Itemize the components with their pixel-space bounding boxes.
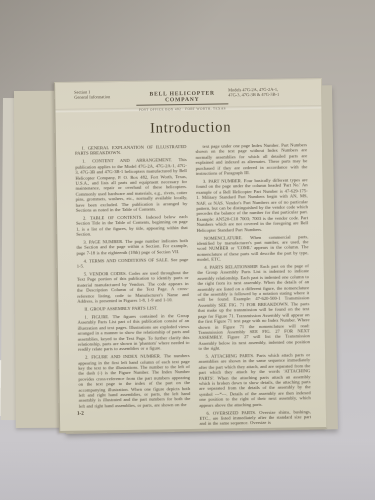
paragraph: NOMENCLATURE. When commercial parts, ide… <box>197 234 309 263</box>
paragraph: 2. FIGURE AND INDEX NUMBER. The numbers … <box>78 353 190 409</box>
page-content: Section I General Information BELL HELIC… <box>55 79 326 431</box>
header-models-block: Models 47G-2A, 47G-2A-1, 47G-3, 47G-3B &… <box>228 86 306 98</box>
paragraph: 4. TERMS AND CONDITIONS OF SALE. See pag… <box>77 257 189 269</box>
paragraph: 3. PART NUMBER. Four basically different… <box>196 177 308 233</box>
header-section-block: Section I General Information <box>74 89 136 101</box>
section-sublabel: General Information <box>74 94 136 100</box>
paragraph: 2. TABLE OF CONTENTS. Indexed below each… <box>76 214 188 237</box>
text-body: I. GENERAL EXPLANATION OF ILLUSTRATED PA… <box>75 142 311 431</box>
page-number: 1-2 <box>77 411 84 417</box>
paragraph: 4. PARTS RELATIONSHIP. Each part on the … <box>197 263 310 351</box>
paragraph: II. GROUP ASSEMBLY PARTS LIST. <box>77 305 189 312</box>
text-column-right: text page under one page Index Number. P… <box>195 142 311 429</box>
photo-background: Section I General Information BELL HELIC… <box>0 0 375 500</box>
company-logo: BELL HELICOPTER COMPANY <box>136 90 228 105</box>
paragraph: I. GENERAL EXPLANATION OF ILLUSTRATED PA… <box>75 144 187 156</box>
company-logo-block: BELL HELICOPTER COMPANY POST OFFICE BOX … <box>136 87 228 111</box>
paragraph: 5. VENDOR CODES. Codes are used througho… <box>77 270 189 304</box>
text-column-left: I. GENERAL EXPLANATION OF ILLUSTRATED PA… <box>75 144 191 431</box>
models-line: 47G-3, 47G-3B & 47G-3B-1 <box>228 92 306 99</box>
paragraph: 3. PAGE NUMBER. The page number indicate… <box>76 238 188 256</box>
paragraph: 1. CONTENT AND ARRANGEMENT. This publica… <box>75 157 187 213</box>
paragraph: 5. ATTACHING PARTS. Parts which attach p… <box>199 352 311 408</box>
paragraph: 6. OVERSIZED PARTS. Oversize shims, bush… <box>199 409 311 427</box>
document-page: Section I General Information BELL HELIC… <box>54 78 327 433</box>
page-title: Introduction <box>75 118 307 138</box>
company-logo-subline: POST OFFICE BOX 482 · FORT WORTH, TEXAS <box>136 106 228 111</box>
page-header: Section I General Information BELL HELIC… <box>74 86 306 112</box>
paragraph: 1. FIGURE. The figures contained in the … <box>77 313 189 352</box>
paragraph: text page under one page Index Number. P… <box>195 142 307 176</box>
